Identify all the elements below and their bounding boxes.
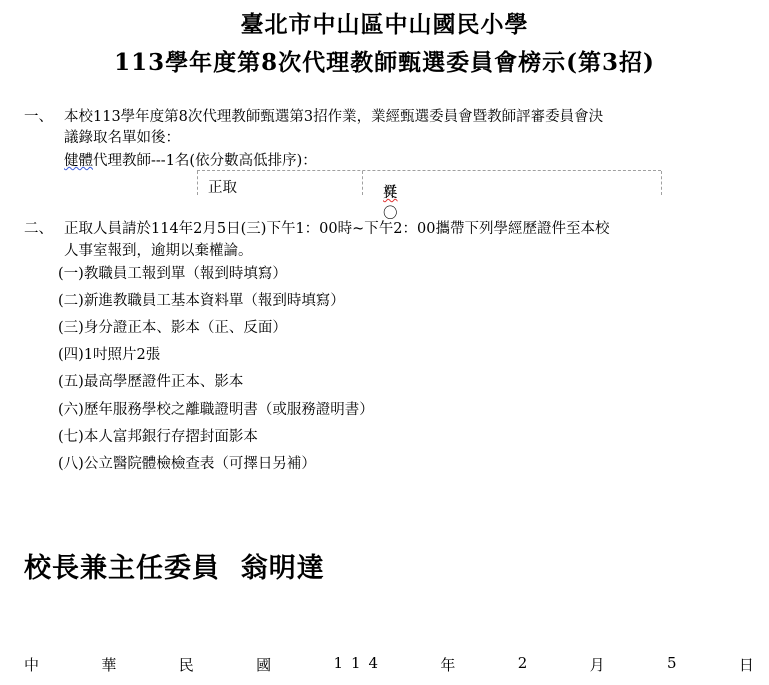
category-rest: 代理教師---1名(依分數高低排序)： bbox=[93, 153, 317, 169]
list-item: (五)最高學歷證件正本、影本 bbox=[58, 372, 243, 392]
section2-line1: 正取人員請於114年2月5日(三)下午1：00時~下午2：00攜帶下列學經歷證件… bbox=[64, 219, 609, 239]
signature: 校長兼主任委員 翁明達 bbox=[24, 546, 325, 585]
school-name: 臺北市中山區中山國民小學 bbox=[0, 6, 769, 39]
table-cell-name: 吳〇祥 bbox=[362, 171, 662, 195]
list-item: (四)1吋照片2張 bbox=[58, 345, 160, 365]
category-prefix: 健體 bbox=[64, 153, 93, 169]
list-item: (一)教職員工報到單（報到時填寫） bbox=[58, 264, 287, 284]
list-item: (六)歷年服務學校之離職證明書（或服務證明書） bbox=[58, 400, 374, 420]
page-title: 113學年度第8次代理教師甄選委員會榜示(第3招) bbox=[0, 44, 769, 77]
section2-marker: 二、 bbox=[24, 219, 53, 239]
table-cell-status: 正取 bbox=[197, 171, 363, 195]
date-line: 中 華 民 國 114 年 2 月 5 日 bbox=[24, 654, 754, 675]
section1-line1: 本校113學年度第8次代理教師甄選第3招作業，業經甄選委員會暨教師評審委員會決 bbox=[64, 107, 603, 127]
list-item: (七)本人富邦銀行存摺封面影本 bbox=[58, 427, 258, 447]
category-line: 健體代理教師---1名(依分數高低排序)： bbox=[64, 151, 317, 171]
section1-line2: 議錄取名單如後： bbox=[64, 128, 180, 148]
admission-table: 正取 吳〇祥 bbox=[197, 170, 661, 197]
list-item: (八)公立醫院體檢檢查表（可擇日另補） bbox=[58, 454, 316, 474]
section2-line2: 人事室報到，逾期以棄權論。 bbox=[64, 241, 253, 261]
list-item: (二)新進教職員工基本資料單（報到時填寫） bbox=[58, 291, 345, 311]
list-item: (三)身分證正本、影本（正、反面） bbox=[58, 318, 287, 338]
section1-marker: 一、 bbox=[24, 107, 53, 127]
